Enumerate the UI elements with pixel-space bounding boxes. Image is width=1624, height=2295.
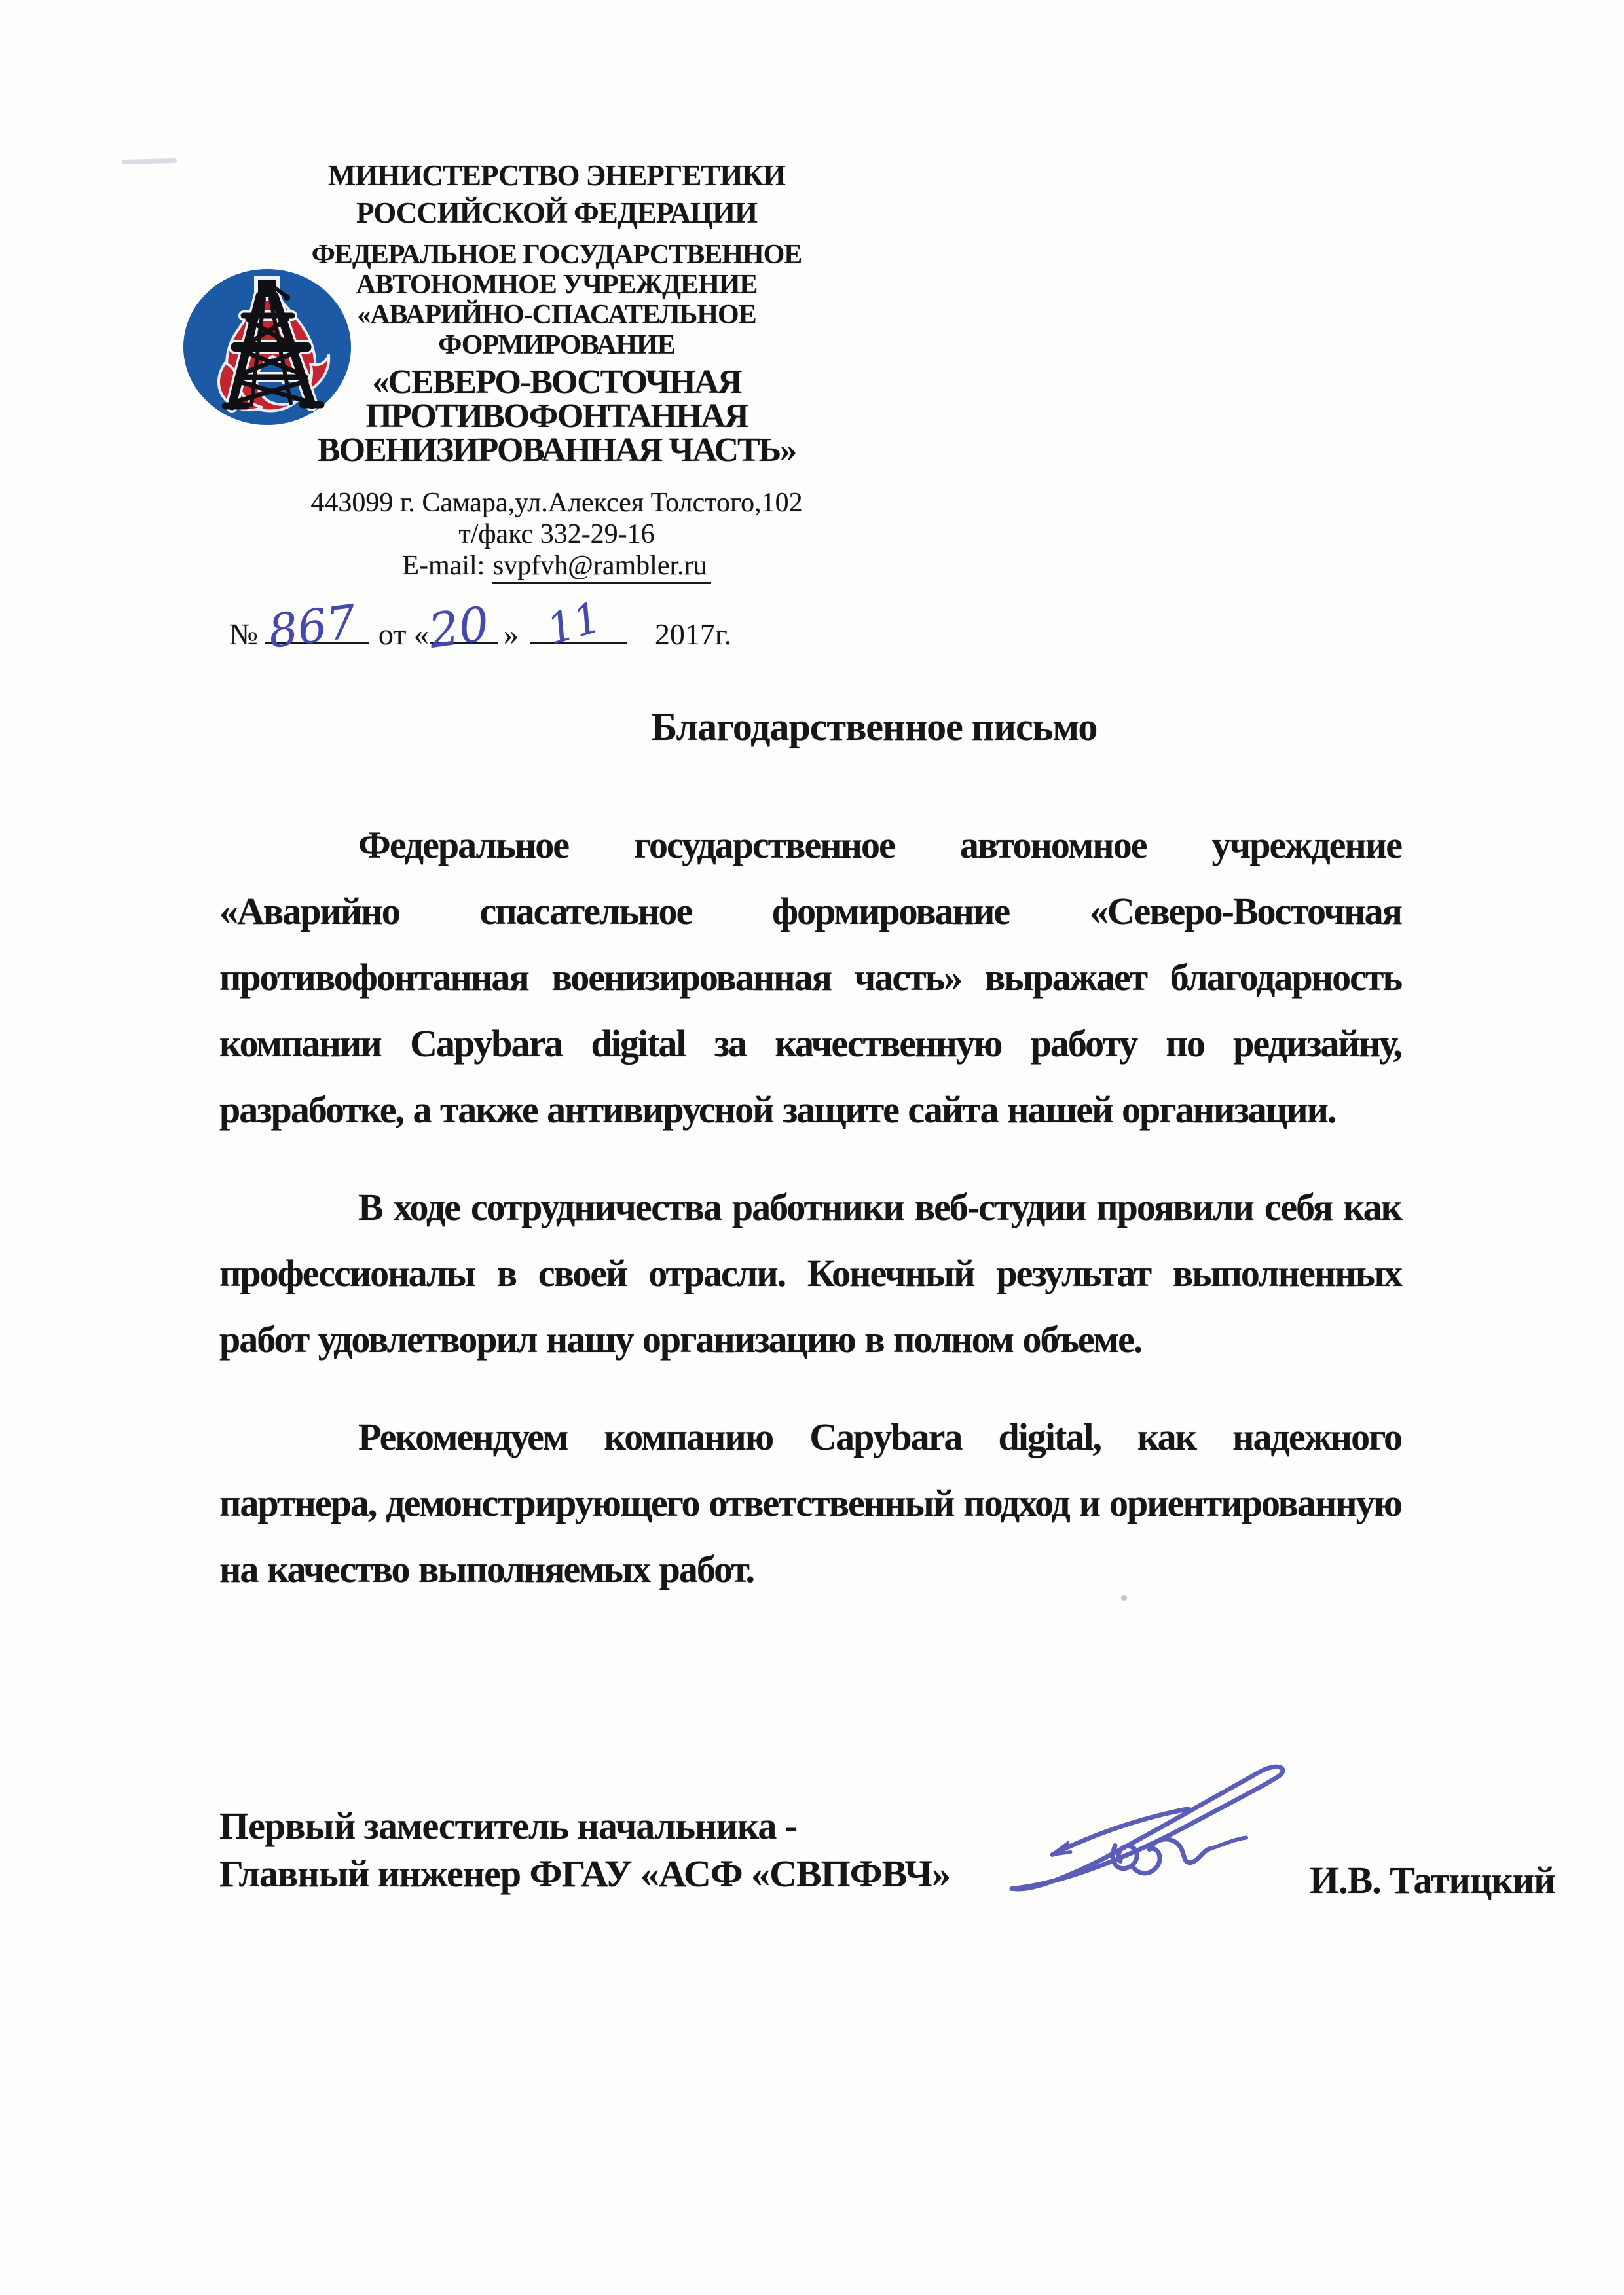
handwritten-day: 20: [425, 596, 492, 659]
agency-line: АВТОНОМНОЕ УЧРЕЖДЕНИЕ: [249, 270, 864, 300]
organization-line: ПРОТИВОФОНТАННАЯ: [249, 399, 864, 433]
number-sign-label: №: [229, 617, 258, 651]
day-blank: 20: [430, 608, 498, 644]
paragraph: Рекомендуем компанию Capybara digital, к…: [219, 1404, 1401, 1602]
organization-line: «СЕВЕРО-ВОСТОЧНАЯ: [249, 365, 864, 399]
signatory-position-line: Первый заместитель начальника -: [219, 1802, 950, 1850]
reference-number-line: №867от «20»112017г.: [229, 608, 731, 652]
handwritten-month: 11: [542, 593, 606, 655]
signatory-position-line: Главный инженер ФГАУ «АСФ «СВПФВЧ»: [219, 1850, 950, 1898]
agency-name: ФЕДЕРАЛЬНОЕ ГОСУДАРСТВЕННОЕ АВТОНОМНОЕ У…: [249, 240, 864, 360]
from-label: от «: [378, 617, 429, 651]
scan-artifact-dash: [122, 158, 177, 164]
handwritten-number: 867: [265, 595, 359, 659]
letter-title: Благодарственное письмо: [282, 705, 1467, 750]
signatory-position: Первый заместитель начальника - Главный …: [219, 1802, 950, 1898]
signatory-name: И.В. Татицкий: [1310, 1858, 1555, 1902]
fax-number: т/факс 332-29-16: [249, 519, 864, 550]
contact-block: 443099 г. Самара,ул.Алексея Толстого,102…: [249, 487, 864, 581]
paragraph: В ходе сотрудничества работники веб-студ…: [219, 1174, 1401, 1372]
agency-line: ФЕДЕРАЛЬНОЕ ГОСУДАРСТВЕННОЕ: [249, 240, 864, 270]
letterhead: МИНИСТЕРСТВО ЭНЕРГЕТИКИ РОССИЙСКОЙ ФЕДЕР…: [249, 157, 864, 581]
letter-body: Федеральное государственное автономное у…: [219, 812, 1401, 1602]
email-label: E-mail:: [402, 551, 491, 581]
ministry-line: РОССИЙСКОЙ ФЕДЕРАЦИИ: [249, 194, 864, 232]
postal-address: 443099 г. Самара,ул.Алексея Толстого,102: [249, 487, 864, 519]
ministry-line: МИНИСТЕРСТВО ЭНЕРГЕТИКИ: [249, 157, 864, 194]
agency-line: «АВАРИЙНО-СПАСАТЕЛЬНОЕ: [249, 300, 864, 330]
agency-line: ФОРМИРОВАНИЕ: [249, 330, 864, 360]
email-address: svpfvh@rambler.ru: [492, 551, 711, 584]
email-line: E-mail: svpfvh@rambler.ru: [249, 550, 864, 581]
ministry-name: МИНИСТЕРСТВО ЭНЕРГЕТИКИ РОССИЙСКОЙ ФЕДЕР…: [249, 157, 864, 232]
paragraph: Федеральное государственное автономное у…: [219, 812, 1401, 1143]
number-blank: 867: [265, 608, 369, 644]
organization-name: «СЕВЕРО-ВОСТОЧНАЯ ПРОТИВОФОНТАННАЯ ВОЕНИ…: [249, 365, 864, 468]
organization-line: ВОЕНИЗИРОВАННАЯ ЧАСТЬ»: [249, 433, 864, 468]
month-blank: 11: [530, 608, 627, 644]
scanned-letter-page: МИНИСТЕРСТВО ЭНЕРГЕТИКИ РОССИЙСКОЙ ФЕДЕР…: [0, 0, 1624, 2295]
closing-quote: »: [504, 617, 519, 651]
year-label: 2017г.: [655, 617, 731, 651]
signature-autograph: [992, 1755, 1306, 1912]
scan-artifact-dot: [1121, 1595, 1127, 1601]
